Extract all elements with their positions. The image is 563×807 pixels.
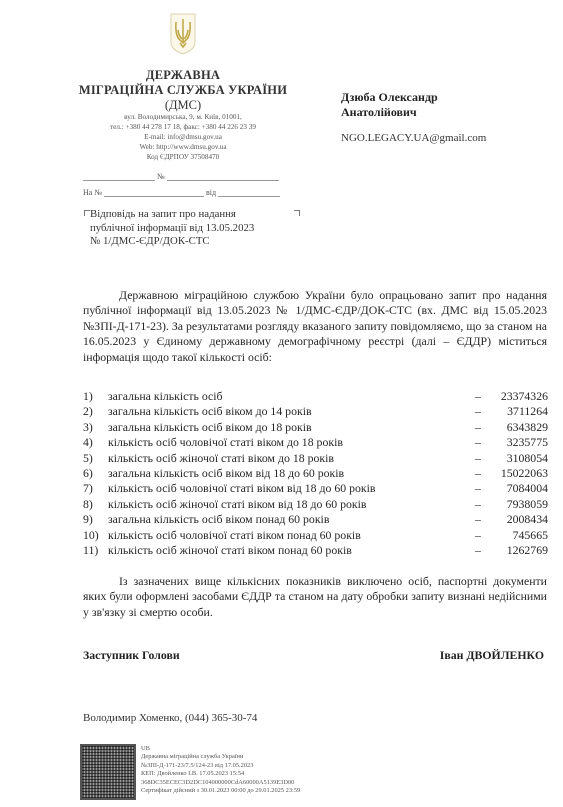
- statistic-number: 5): [83, 451, 108, 466]
- org-address: вул. Володимирська, 9, м. Київ, 01001,: [78, 112, 288, 122]
- statistic-label: загальна кількість осіб віком від 18 до …: [108, 466, 463, 481]
- statistic-row: 10)кількість осіб чоловічої статі віком …: [83, 528, 548, 543]
- from-date-label: від: [206, 188, 216, 197]
- statistic-label: кількість осіб жіночої статі віком від 1…: [108, 497, 463, 512]
- recipient-name-line2: Анатолійович: [341, 105, 486, 120]
- org-abbreviation: (ДМС): [78, 98, 288, 112]
- statistic-row: 3)загальна кількість осіб віком до 18 ро…: [83, 420, 548, 435]
- incoming-reference-line: На № від: [83, 188, 280, 197]
- statistic-label: кількість осіб чоловічої статі віком від…: [108, 481, 463, 496]
- statistic-row: 2)загальна кількість осіб віком до 14 ро…: [83, 404, 548, 419]
- qr-code-icon: [80, 744, 136, 800]
- recipient-block: Дзюба Олександр Анатолійович NGO.LEGACY.…: [341, 90, 486, 144]
- statistic-label: кількість осіб жіночої статі віком до 18…: [108, 451, 463, 466]
- stamp-line: Державна міграційна служба України: [141, 753, 300, 761]
- note-paragraph: Із зазначених вище кількісних показників…: [83, 574, 547, 620]
- subject-line1: Відповідь на запит про надання: [90, 208, 284, 222]
- outgoing-registration-line: №: [83, 172, 279, 181]
- statistic-dash: –: [463, 466, 493, 481]
- statistic-number: 3): [83, 420, 108, 435]
- statistic-dash: –: [463, 389, 493, 404]
- recipient-name-line1: Дзюба Олександр: [341, 90, 486, 105]
- statistic-label: загальна кількість осіб: [108, 389, 463, 404]
- org-email: E-mail: info@dmsu.gov.ua: [78, 132, 288, 142]
- document-page: ДЕРЖАВНА МІГРАЦІЙНА СЛУЖБА УКРАЇНИ (ДМС)…: [0, 0, 563, 807]
- letterhead: ДЕРЖАВНА МІГРАЦІЙНА СЛУЖБА УКРАЇНИ (ДМС)…: [78, 12, 288, 162]
- statistic-dash: –: [463, 543, 493, 558]
- stamp-line: КЕП: Двойленко І.В. 17.05.2023 15:54: [141, 770, 300, 778]
- statistic-dash: –: [463, 451, 493, 466]
- statistic-row: 4)кількість осіб чоловічої статі віком д…: [83, 435, 548, 450]
- stamp-details: UBДержавна міграційна служба України№ЗПІ…: [141, 744, 300, 800]
- statistic-label: загальна кількість осіб віком до 18 рокі…: [108, 420, 463, 435]
- statistic-row: 8)кількість осіб жіночої статі віком від…: [83, 497, 548, 512]
- statistics-list: 1)загальна кількість осіб–233743262)зага…: [83, 389, 548, 558]
- statistic-number: 4): [83, 435, 108, 450]
- statistic-number: 9): [83, 512, 108, 527]
- stamp-line: Сертифікат дійсний з 30.01.2023 00:00 до…: [141, 787, 300, 795]
- statistic-label: кількість осіб жіночої статі віком понад…: [108, 543, 463, 558]
- statistic-number: 8): [83, 497, 108, 512]
- intro-paragraph: Державною міграційною службою України бу…: [83, 288, 547, 365]
- subject-line2: публічної інформації від 13.05.2023: [90, 222, 284, 236]
- statistic-value: 7938059: [493, 497, 548, 512]
- trident-coat-of-arms-icon: [169, 12, 197, 56]
- subject-block: Відповідь на запит про надання публічної…: [84, 208, 284, 249]
- statistic-dash: –: [463, 497, 493, 512]
- statistic-row: 5)кількість осіб жіночої статі віком до …: [83, 451, 548, 466]
- subject-corner-mark: [294, 210, 300, 216]
- statistic-dash: –: [463, 435, 493, 450]
- statistic-value: 745665: [493, 528, 548, 543]
- statistic-row: 1)загальна кількість осіб–23374326: [83, 389, 548, 404]
- statistic-number: 6): [83, 466, 108, 481]
- statistic-row: 6)загальна кількість осіб віком від 18 д…: [83, 466, 548, 481]
- statistic-number: 7): [83, 481, 108, 496]
- statistic-row: 11)кількість осіб жіночої статі віком по…: [83, 543, 548, 558]
- org-name-line2: МІГРАЦІЙНА СЛУЖБА УКРАЇНИ: [78, 83, 288, 98]
- statistic-dash: –: [463, 404, 493, 419]
- statistic-number: 1): [83, 389, 108, 404]
- signatory-title: Заступник Голови: [83, 648, 180, 663]
- statistic-value: 3711264: [493, 404, 548, 419]
- org-phone-fax: тел.: +380 44 278 17 18, факс: +380 44 2…: [78, 122, 288, 132]
- subject-corner-mark: [84, 210, 90, 216]
- statistic-number: 2): [83, 404, 108, 419]
- statistic-label: загальна кількість осіб віком до 14 рокі…: [108, 404, 463, 419]
- statistic-label: загальна кількість осіб віком понад 60 р…: [108, 512, 463, 527]
- statistic-dash: –: [463, 512, 493, 527]
- executor-contact: Володимир Хоменко, (044) 365-30-74: [83, 712, 257, 724]
- stamp-line: UB: [141, 745, 300, 753]
- recipient-email: NGO.LEGACY.UA@gmail.com: [341, 132, 486, 144]
- statistic-dash: –: [463, 528, 493, 543]
- statistic-dash: –: [463, 481, 493, 496]
- statistic-value: 3235775: [493, 435, 548, 450]
- statistic-value: 7084004: [493, 481, 548, 496]
- statistic-number: 11): [83, 543, 108, 558]
- statistic-row: 7)кількість осіб чоловічої статі віком в…: [83, 481, 548, 496]
- statistic-value: 6343829: [493, 420, 548, 435]
- statistic-value: 2008434: [493, 512, 548, 527]
- stamp-line: №ЗПІ-Д-171-23/7.5/124-23 від 17.05.2023: [141, 762, 300, 770]
- signatory-name: Іван ДВОЙЛЕНКО: [440, 648, 544, 663]
- statistic-value: 23374326: [493, 389, 548, 404]
- statistic-value: 15022063: [493, 466, 548, 481]
- statistic-value: 3108054: [493, 451, 548, 466]
- in-reply-label: На №: [83, 188, 102, 197]
- reg-number-label: №: [157, 172, 165, 181]
- org-website: Web: http://www.dmsu.gov.ua: [78, 142, 288, 152]
- statistic-label: кількість осіб чоловічої статі віком до …: [108, 435, 463, 450]
- statistic-value: 1262769: [493, 543, 548, 558]
- statistic-row: 9)загальна кількість осіб віком понад 60…: [83, 512, 548, 527]
- statistic-dash: –: [463, 420, 493, 435]
- org-name-line1: ДЕРЖАВНА: [78, 68, 288, 83]
- statistic-label: кількість осіб чоловічої статі віком пон…: [108, 528, 463, 543]
- statistic-number: 10): [83, 528, 108, 543]
- org-edrpou-code: Код ЄДРПОУ 37508470: [78, 152, 288, 162]
- stamp-line: 368DC35ECEC3D2DC104000000CdA60000A5139E3…: [141, 779, 300, 787]
- e-signature-stamp: UBДержавна міграційна служба України№ЗПІ…: [80, 744, 300, 800]
- subject-line3: № 1/ДМС-ЄДР/ДОК-СТС: [90, 235, 284, 249]
